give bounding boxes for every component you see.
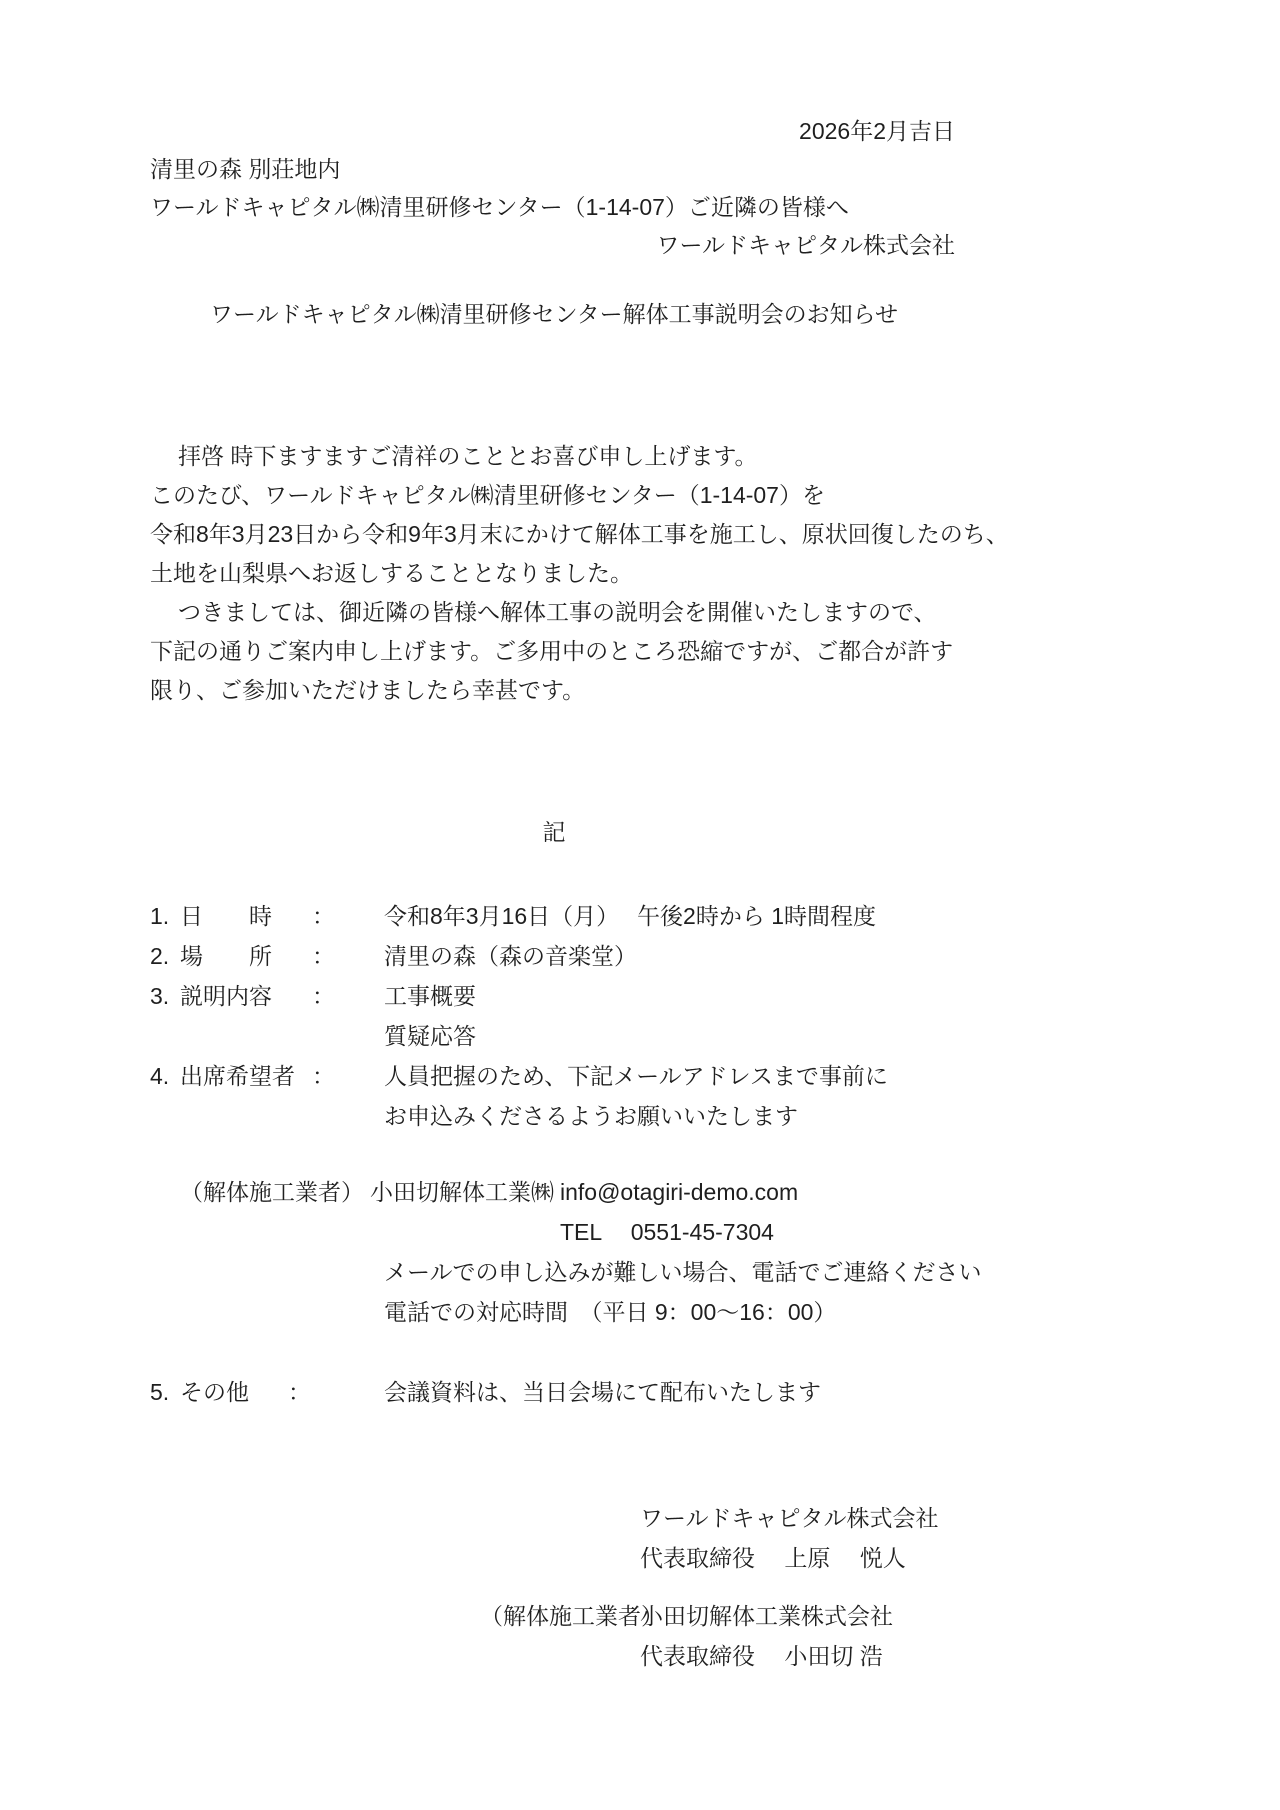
- contractor-line: （解体施工業者）小田切解体工業㈱ info@otagiri-demo.com: [180, 1172, 1280, 1212]
- letter-title: ワールドキャピタル㈱清里研修センター解体工事説明会のお知らせ: [0, 296, 1280, 332]
- signature-company-1: ワールドキャピタル株式会社: [640, 1498, 1280, 1538]
- item-colon: ：: [312, 936, 384, 976]
- sender-company: ワールドキャピタル株式会社: [0, 226, 1280, 264]
- item-colon: ：: [312, 896, 384, 936]
- contractor-label: （解体施工業者）: [180, 1179, 364, 1205]
- signature-block: ワールドキャピタル株式会社 代表取締役 上原 悦人 （解体施工業者） 小田切解体…: [0, 1498, 1280, 1676]
- body-line: 令和8年3月23日から令和9年3月末にかけて解体工事を施工し、原状回復したのち、: [150, 515, 1280, 554]
- item-number: 1.: [150, 896, 180, 936]
- item-value: 質疑応答: [384, 1016, 476, 1056]
- list-item-contents: 3. 説明内容 ： 工事概要: [150, 976, 1280, 1016]
- recipient-line-1: 清里の森 別荘地内: [150, 150, 1280, 188]
- item-label: 出席希望者: [180, 1056, 312, 1096]
- item-label: [180, 1016, 312, 1056]
- body-line: 限り、ご参加いただけましたら幸甚です。: [150, 671, 1280, 710]
- contact-email: info@otagiri-demo.com: [560, 1172, 798, 1212]
- item-label: 説明内容: [180, 976, 312, 1016]
- item-colon: [312, 1016, 384, 1056]
- list-item-contents-cont: 質疑応答: [150, 1016, 1280, 1056]
- signature-contractor-label: （解体施工業者）: [480, 1596, 640, 1636]
- item-colon: ：: [312, 976, 384, 1016]
- item-value: 人員把握のため、下記メールアドレスまで事前に: [384, 1056, 888, 1096]
- item-value: 会議資料は、当日会場にて配布いたします: [384, 1372, 821, 1412]
- contact-note-2: 電話での対応時間 （平日 9：00～16：00）: [384, 1292, 1280, 1332]
- letter-title-text: ワールドキャピタル㈱清里研修センター解体工事説明会のお知らせ: [210, 301, 898, 327]
- item-value: 工事概要: [384, 976, 476, 1016]
- list-item-datetime: 1. 日 時 ： 令和8年3月16日（月） 午後2時から 1時間程度: [150, 896, 1280, 936]
- signature-company-2: 小田切解体工業株式会社: [640, 1596, 893, 1636]
- signature-representative-2: 代表取締役 小田切 浩: [640, 1636, 1280, 1676]
- contact-tel: TEL 0551-45-7304: [560, 1212, 1280, 1252]
- letter-page: 2026年2月吉日 清里の森 別荘地内 ワールドキャピタル㈱清里研修センター（1…: [0, 0, 1280, 1810]
- body-line: 下記の通りご案内申し上げます。ご多用中のところ恐縮ですが、ご都合が許す: [150, 632, 1280, 671]
- body-line: 土地を山梨県へお返しすることとなりました。: [150, 554, 1280, 593]
- item-label: その他: [180, 1372, 288, 1412]
- item-label: 日 時: [180, 896, 312, 936]
- item-colon: ：: [312, 1056, 384, 1096]
- recipient-line-2: ワールドキャピタル㈱清里研修センター（1-14-07）ご近隣の皆様へ: [150, 188, 1280, 226]
- list-item-other: 5. その他 ： 会議資料は、当日会場にて配布いたします: [150, 1372, 1280, 1412]
- contractor-name: 小田切解体工業㈱: [370, 1179, 554, 1205]
- item-label: [180, 1096, 312, 1136]
- list-item-place: 2. 場 所 ： 清里の森（森の音楽堂）: [150, 936, 1280, 976]
- item-colon: ：: [288, 1372, 384, 1412]
- letter-body: 拝啓 時下ますますご清祥のこととお喜び申し上げます。 このたび、ワールドキャピタ…: [150, 437, 1280, 710]
- list-item-attendees-cont: お申込みくださるようお願いいたします: [150, 1096, 1280, 1136]
- body-line: つきましては、御近隣の皆様へ解体工事の説明会を開催いたしますので、: [150, 593, 1280, 632]
- contact-note-1: メールでの申し込みが難しい場合、電話でご連絡ください: [384, 1252, 1280, 1292]
- item-value: 清里の森（森の音楽堂）: [384, 936, 637, 976]
- item-number: 4.: [150, 1056, 180, 1096]
- detail-list: 1. 日 時 ： 令和8年3月16日（月） 午後2時から 1時間程度 2. 場 …: [150, 896, 1280, 1136]
- body-line: 拝啓 時下ますますご清祥のこととお喜び申し上げます。: [150, 437, 1280, 476]
- signature-spacer: [0, 1578, 1280, 1596]
- item-number: 3.: [150, 976, 180, 1016]
- item-number: [150, 1016, 180, 1056]
- letter-header: 2026年2月吉日 清里の森 別荘地内 ワールドキャピタル㈱清里研修センター（1…: [0, 112, 1280, 264]
- contact-block: （解体施工業者）小田切解体工業㈱ info@otagiri-demo.com T…: [0, 1172, 1280, 1332]
- item-colon: [312, 1096, 384, 1136]
- record-marker: 記: [0, 812, 1280, 852]
- item-value: お申込みくださるようお願いいたします: [384, 1096, 798, 1136]
- signature-contractor-line: （解体施工業者） 小田切解体工業株式会社: [480, 1596, 1280, 1636]
- signature-representative-1: 代表取締役 上原 悦人: [640, 1538, 1280, 1578]
- item-number: [150, 1096, 180, 1136]
- letter-date: 2026年2月吉日: [0, 112, 1280, 150]
- list-item-attendees: 4. 出席希望者 ： 人員把握のため、下記メールアドレスまで事前に: [150, 1056, 1280, 1096]
- item-value: 令和8年3月16日（月） 午後2時から 1時間程度: [384, 896, 876, 936]
- item-number: 2.: [150, 936, 180, 976]
- item-number: 5.: [150, 1372, 180, 1412]
- item-label: 場 所: [180, 936, 312, 976]
- body-line: このたび、ワールドキャピタル㈱清里研修センター（1-14-07）を: [150, 476, 1280, 515]
